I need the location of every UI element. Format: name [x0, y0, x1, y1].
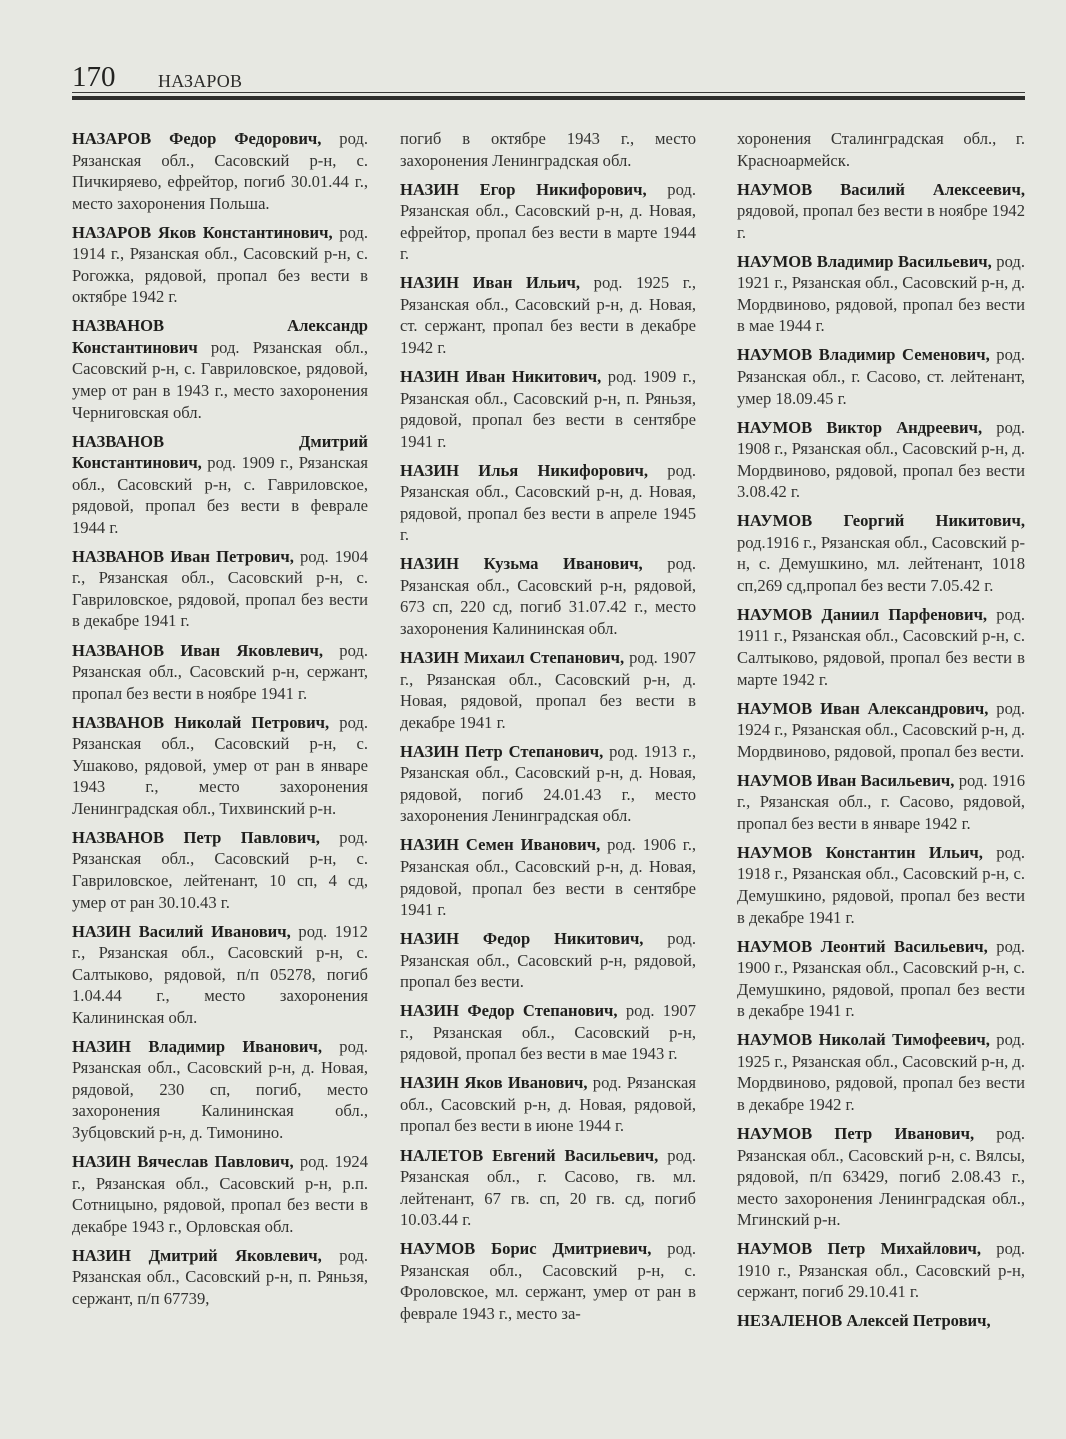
entry-name: НАУМОВ Даниил Парфенович, [737, 605, 987, 624]
directory-entry: НАЗИН Михаил Степанович, род. 1907 г., Р… [400, 647, 696, 733]
directory-entry: НАУМОВ Иван Александрович, род. 1924 г.,… [737, 698, 1025, 763]
entry-text: род.1916 г., Рязанская обл., Сасовский р… [737, 533, 1025, 595]
entry-name: НАЗИН Яков Иванович, [400, 1073, 587, 1092]
directory-entry: НАЗИН Кузьма Иванович, род. Рязанская об… [400, 553, 696, 639]
entry-name: НАЗИН Федор Степанович, [400, 1001, 618, 1020]
entry-name: НАЗИН Иван Никитович, [400, 367, 601, 386]
entry-name: НАЗИН Федор Никитович, [400, 929, 643, 948]
entry-name: НАЗВАНОВ Иван Яковлевич, [72, 641, 323, 660]
entry-name: НАЗИН Егор Никифорович, [400, 180, 647, 199]
directory-entry: НАЗАРОВ Федор Федорович, род. Рязанская … [72, 128, 368, 214]
directory-entry: погиб в октябре 1943 г., место захоронен… [400, 128, 696, 171]
entry-name: НАЗИН Иван Ильич, [400, 273, 580, 292]
directory-entry: НАЛЕТОВ Евгений Васильевич, род. Рязанск… [400, 1145, 696, 1231]
page-number: 170 [72, 62, 116, 92]
entry-name: НАЗИН Петр Степанович, [400, 742, 603, 761]
entry-text: хоронения Сталинградская обл., г. Красно… [737, 129, 1025, 170]
directory-entry: НАЗИН Иван Ильич, род. 1925 г., Рязанска… [400, 272, 696, 358]
entry-name: НАУМОВ Николай Тимофеевич, [737, 1030, 990, 1049]
column-2: погиб в октябре 1943 г., место захоронен… [400, 128, 696, 1332]
directory-entry: НАЗИН Иван Никитович, род. 1909 г., Ряза… [400, 366, 696, 452]
directory-entry: НАЗВАНОВ Дмитрий Константинович, род. 19… [72, 431, 368, 539]
entry-name: НАЗИН Владимир Иванович, [72, 1037, 322, 1056]
directory-entry: хоронения Сталинградская обл., г. Красно… [737, 128, 1025, 171]
entry-name: НАУМОВ Петр Михайлович, [737, 1239, 981, 1258]
directory-entry: НАЗИН Егор Никифорович, род. Рязанская о… [400, 179, 696, 265]
entry-name: НАУМОВ Константин Ильич, [737, 843, 983, 862]
directory-entry: НАЗИН Петр Степанович, род. 1913 г., Ряз… [400, 741, 696, 827]
directory-entry: НАУМОВ Владимир Васильевич, род. 1921 г.… [737, 251, 1025, 337]
directory-entry: НАЗИН Василий Иванович, род. 1912 г., Ря… [72, 921, 368, 1029]
entry-name: НАЗИН Дмитрий Яковлевич, [72, 1246, 322, 1265]
header-rule-thick [72, 96, 1025, 100]
directory-entry: НАЗИН Федор Степанович, род. 1907 г., Ря… [400, 1000, 696, 1065]
directory-entry: НАЗИН Федор Никитович, род. Рязанская об… [400, 928, 696, 993]
running-head: НАЗАРОВ [158, 71, 242, 91]
entry-name: НАУМОВ Леонтий Васильевич, [737, 937, 988, 956]
directory-entry: НАУМОВ Леонтий Васильевич, род. 1900 г.,… [737, 936, 1025, 1022]
entry-name: НАЗАРОВ Яков Константинович, [72, 223, 333, 242]
column-1: НАЗАРОВ Федор Федорович, род. Рязанская … [72, 128, 368, 1317]
entry-name: НАЗВАНОВ Николай Петрович, [72, 713, 329, 732]
directory-entry: НАУМОВ Борис Дмитриевич, род. Рязанская … [400, 1238, 696, 1324]
directory-entry: НАЗИН Семен Иванович, род. 1906 г., Ряза… [400, 834, 696, 920]
entry-name: НАУМОВ Борис Дмитриевич, [400, 1239, 651, 1258]
directory-entry: НАЗВАНОВ Иван Петрович, род. 1904 г., Ря… [72, 546, 368, 632]
directory-entry: НАУМОВ Виктор Андреевич, род. 1908 г., Р… [737, 417, 1025, 503]
column-3: хоронения Сталинградская обл., г. Красно… [737, 128, 1025, 1339]
directory-entry: НАУМОВ Петр Иванович, род. Рязанская обл… [737, 1123, 1025, 1231]
directory-entry: НАЗИН Вячеслав Павлович, род. 1924 г., Р… [72, 1151, 368, 1237]
entry-name: НАЗИН Семен Иванович, [400, 835, 600, 854]
entry-name: НАЗВАНОВ Петр Павлович, [72, 828, 320, 847]
entry-name: НАЛЕТОВ Евгений Васильевич, [400, 1146, 658, 1165]
directory-entry: НАУМОВ Владимир Семенович, род. Рязанска… [737, 344, 1025, 409]
entry-name: НАУМОВ Иван Васильевич, [737, 771, 954, 790]
entry-text: рядовой, пропал без вести в ноябре 1942 … [737, 201, 1025, 242]
directory-entry: НАУМОВ Василий Алексеевич, рядовой, проп… [737, 179, 1025, 244]
page-header: 170 НАЗАРОВ [72, 62, 1025, 102]
header-rule-thin [72, 92, 1025, 93]
directory-entry: НАЗВАНОВ Петр Павлович, род. Рязанская о… [72, 827, 368, 913]
directory-entry: НАЗВАНОВ Иван Яковлевич, род. Рязанская … [72, 640, 368, 705]
entry-name: НАЗИН Вячеслав Павлович, [72, 1152, 294, 1171]
entry-name: НЕЗАЛЕНОВ Алексей Петрович, [737, 1311, 991, 1330]
entry-name: НАЗИН Илья Никифорович, [400, 461, 648, 480]
entry-name: НАУМОВ Владимир Васильевич, [737, 252, 992, 271]
entry-name: НАУМОВ Виктор Андреевич, [737, 418, 982, 437]
directory-entry: НАЗИН Яков Иванович, род. Рязанская обл.… [400, 1072, 696, 1137]
directory-entry: НАЗИН Илья Никифорович, род. Рязанская о… [400, 460, 696, 546]
directory-entry: НАУМОВ Даниил Парфенович, род. 1911 г., … [737, 604, 1025, 690]
entry-name: НАЗВАНОВ Иван Петрович, [72, 547, 294, 566]
directory-entry: НАУМОВ Константин Ильич, род. 1918 г., Р… [737, 842, 1025, 928]
directory-entry: НЕЗАЛЕНОВ Алексей Петрович, [737, 1310, 1025, 1332]
entry-name: НАУМОВ Владимир Семенович, [737, 345, 990, 364]
entry-name: НАУМОВ Василий Алексеевич, [737, 180, 1025, 199]
directory-entry: НАУМОВ Иван Васильевич, род. 1916 г., Ря… [737, 770, 1025, 835]
entry-name: НАУМОВ Петр Иванович, [737, 1124, 974, 1143]
entry-name: НАЗАРОВ Федор Федорович, [72, 129, 321, 148]
entry-name: НАУМОВ Георгий Никитович, [737, 511, 1025, 530]
directory-entry: НАЗАРОВ Яков Константинович, род. 1914 г… [72, 222, 368, 308]
directory-entry: НАУМОВ Георгий Никитович, род.1916 г., Р… [737, 510, 1025, 596]
entry-text: погиб в октябре 1943 г., место захоронен… [400, 129, 696, 170]
entry-name: НАЗИН Михаил Степанович, [400, 648, 624, 667]
directory-entry: НАЗИН Дмитрий Яковлевич, род. Рязанская … [72, 1245, 368, 1310]
directory-entry: НАУМОВ Петр Михайлович, род. 1910 г., Ря… [737, 1238, 1025, 1303]
directory-entry: НАУМОВ Николай Тимофеевич, род. 1925 г.,… [737, 1029, 1025, 1115]
directory-entry: НАЗВАНОВ Николай Петрович, род. Рязанска… [72, 712, 368, 820]
entry-name: НАЗИН Василий Иванович, [72, 922, 291, 941]
entry-name: НАЗИН Кузьма Иванович, [400, 554, 643, 573]
directory-entry: НАЗВАНОВ Александр Константинович род. Р… [72, 315, 368, 423]
directory-entry: НАЗИН Владимир Иванович, род. Рязанская … [72, 1036, 368, 1144]
entry-name: НАУМОВ Иван Александрович, [737, 699, 988, 718]
